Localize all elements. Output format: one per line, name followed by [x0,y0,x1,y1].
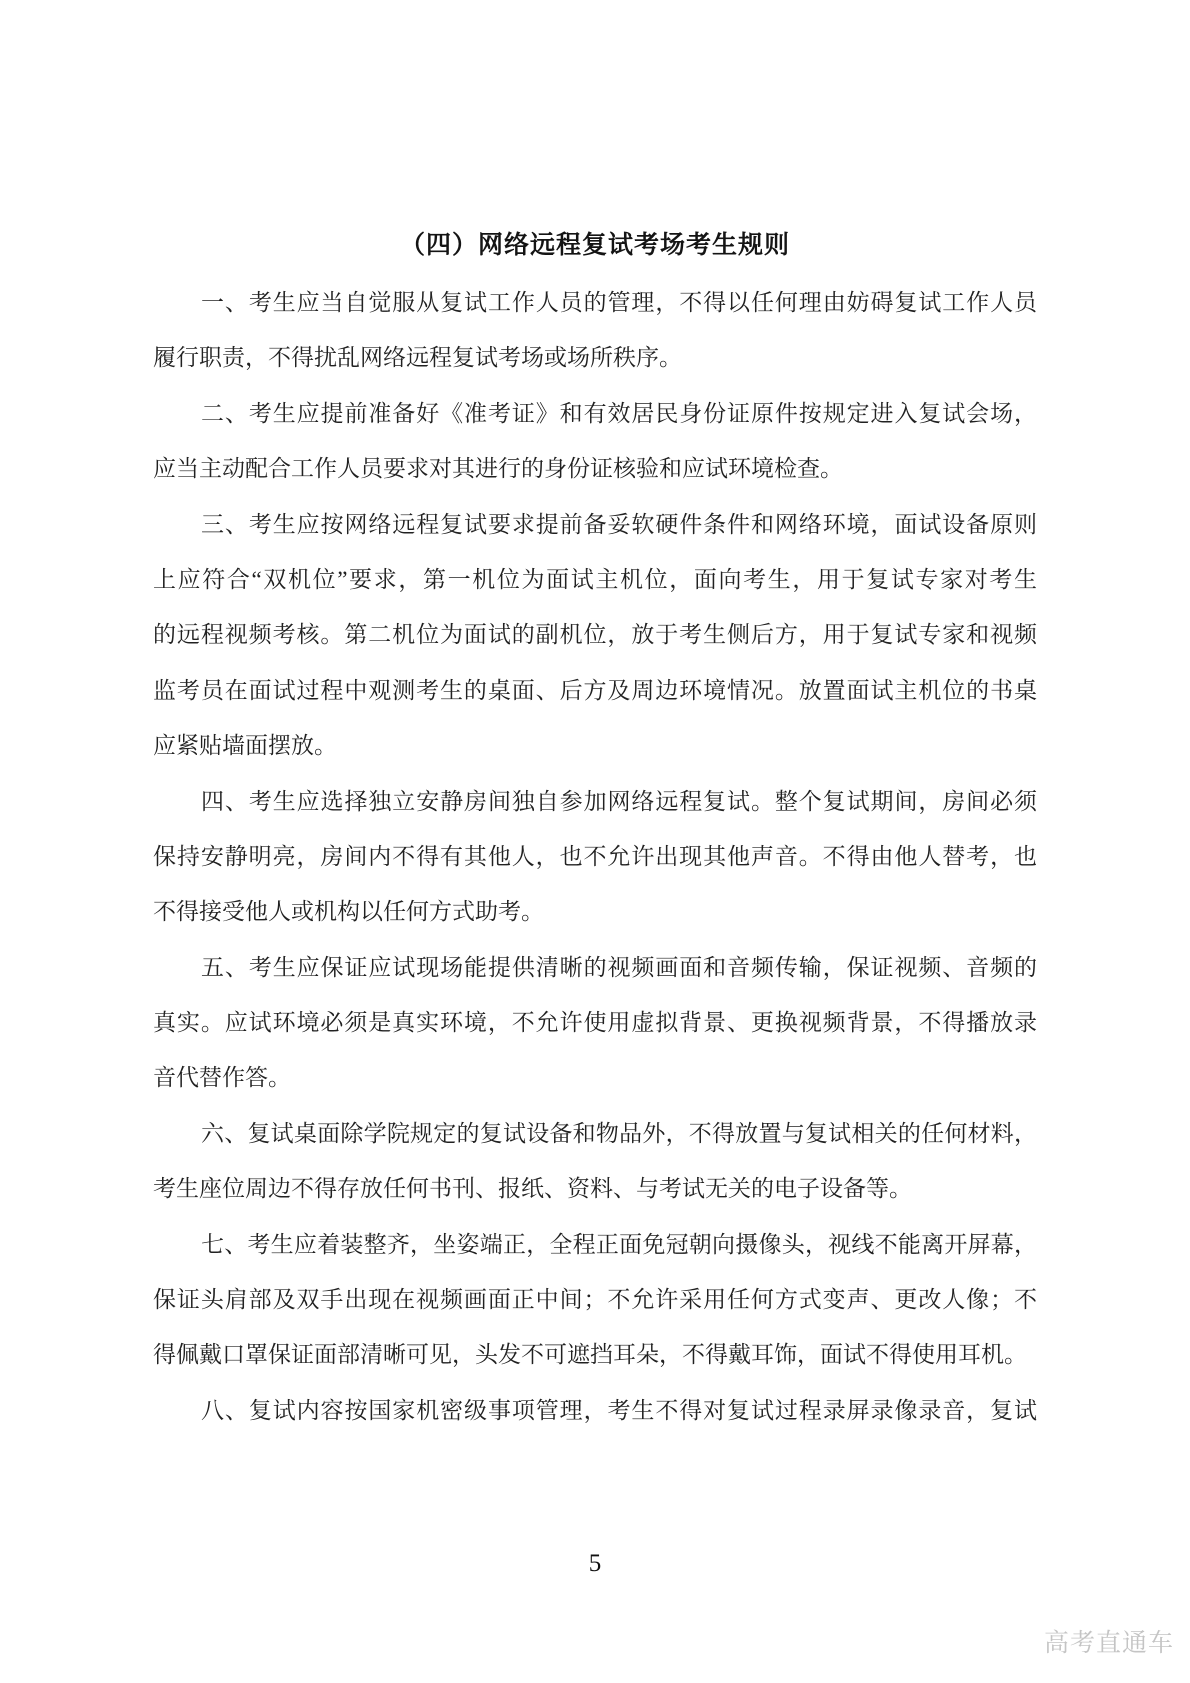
paragraph-line: 二、考生应提前准备好《准考证》和有效居民身份证原件按规定进入复试会场， [153,386,1037,441]
paragraph-line: 一、考生应当自觉服从复试工作人员的管理，不得以任何理由妨碍复试工作人员 [153,275,1037,330]
paragraph-line: 七、考生应着装整齐，坐姿端正，全程正面免冠朝向摄像头，视线不能离开屏幕， [153,1217,1037,1272]
paragraph-line: 四、考生应选择独立安静房间独自参加网络远程复试。整个复试期间，房间必须 [153,774,1037,829]
paragraph-6: 六、复试桌面除学院规定的复试设备和物品外，不得放置与复试相关的任何材料， 考生座… [153,1106,1037,1217]
paragraph-line: 真实。应试环境必须是真实环境，不允许使用虚拟背景、更换视频背景，不得播放录 [153,995,1037,1050]
paragraph-5: 五、考生应保证应试现场能提供清晰的视频画面和音频传输，保证视频、音频的 真实。应… [153,940,1037,1106]
document-page: （四）网络远程复试考场考生规则 一、考生应当自觉服从复试工作人员的管理，不得以任… [0,0,1190,1683]
paragraph-line: 音代替作答。 [153,1050,1037,1105]
paragraph-line: 监考员在面试过程中观测考生的桌面、后方及周边环境情况。放置面试主机位的书桌 [153,663,1037,718]
document-body: 一、考生应当自觉服从复试工作人员的管理，不得以任何理由妨碍复试工作人员 履行职责… [153,275,1037,1438]
paragraph-3: 三、考生应按网络远程复试要求提前备妥软硬件条件和网络环境，面试设备原则 上应符合… [153,497,1037,774]
paragraph-line: 不得接受他人或机构以任何方式助考。 [153,884,1037,939]
paragraph-line: 六、复试桌面除学院规定的复试设备和物品外，不得放置与复试相关的任何材料， [153,1106,1037,1161]
paragraph-line: 得佩戴口罩保证面部清晰可见，头发不可遮挡耳朵，不得戴耳饰，面试不得使用耳机。 [153,1327,1037,1382]
paragraph-7: 七、考生应着装整齐，坐姿端正，全程正面免冠朝向摄像头，视线不能离开屏幕， 保证头… [153,1217,1037,1383]
paragraph-4: 四、考生应选择独立安静房间独自参加网络远程复试。整个复试期间，房间必须 保持安静… [153,774,1037,940]
paragraph-line: 履行职责，不得扰乱网络远程复试考场或场所秩序。 [153,330,1037,385]
document-title: （四）网络远程复试考场考生规则 [153,228,1037,264]
paragraph-1: 一、考生应当自觉服从复试工作人员的管理，不得以任何理由妨碍复试工作人员 履行职责… [153,275,1037,386]
watermark-text: 高考直通车 [1044,1627,1174,1659]
page-number: 5 [0,1548,1190,1580]
paragraph-line: 考生座位周边不得存放任何书刊、报纸、资料、与考试无关的电子设备等。 [153,1161,1037,1216]
paragraph-line: 应当主动配合工作人员要求对其进行的身份证核验和应试环境检查。 [153,441,1037,496]
paragraph-line: 的远程视频考核。第二机位为面试的副机位，放于考生侧后方，用于复试专家和视频 [153,607,1037,662]
paragraph-line: 八、复试内容按国家机密级事项管理，考生不得对复试过程录屏录像录音，复试 [153,1383,1037,1438]
paragraph-8: 八、复试内容按国家机密级事项管理，考生不得对复试过程录屏录像录音，复试 [153,1383,1037,1438]
paragraph-line: 应紧贴墙面摆放。 [153,718,1037,773]
paragraph-line: 保证头肩部及双手出现在视频画面正中间；不允许采用任何方式变声、更改人像；不 [153,1272,1037,1327]
paragraph-2: 二、考生应提前准备好《准考证》和有效居民身份证原件按规定进入复试会场， 应当主动… [153,386,1037,497]
paragraph-line: 上应符合“双机位”要求，第一机位为面试主机位，面向考生，用于复试专家对考生 [153,552,1037,607]
paragraph-line: 五、考生应保证应试现场能提供清晰的视频画面和音频传输，保证视频、音频的 [153,940,1037,995]
paragraph-line: 保持安静明亮，房间内不得有其他人，也不允许出现其他声音。不得由他人替考，也 [153,829,1037,884]
paragraph-line: 三、考生应按网络远程复试要求提前备妥软硬件条件和网络环境，面试设备原则 [153,497,1037,552]
